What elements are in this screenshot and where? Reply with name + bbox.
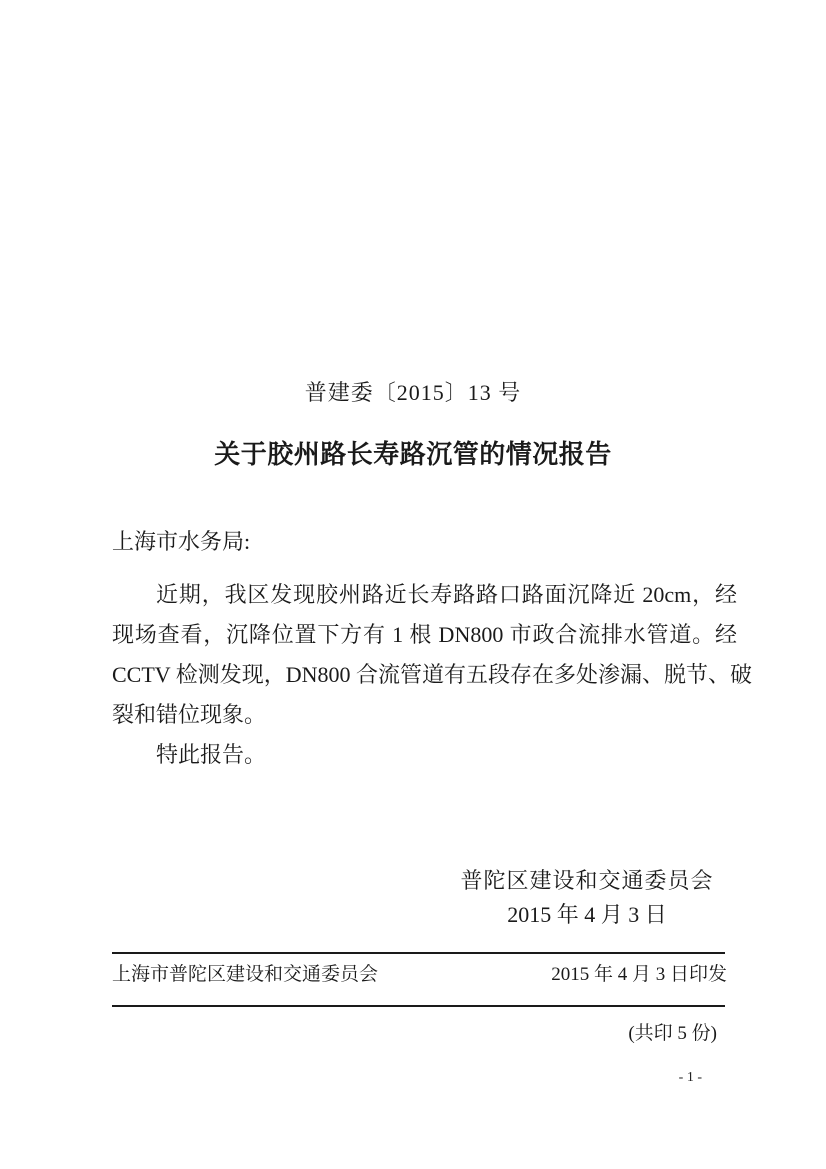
body-paragraph: 近期，我区发现胶州路近长寿路路口路面沉降近 20cm，经 现场查看，沉降位置下方… — [112, 575, 737, 775]
footer-divider-top — [112, 952, 725, 954]
body-line-1: 近期，我区发现胶州路近长寿路路口路面沉降近 20cm，经 — [112, 575, 737, 615]
body-line-4: 裂和错位现象。 — [112, 695, 737, 735]
official-document-page: 普建委〔2015〕13 号 关于胶州路长寿路沉管的情况报告 上海市水务局: 近期… — [0, 0, 826, 1169]
footer-issuance-row: 上海市普陀区建设和交通委员会 2015 年 4 月 3 日印发 — [112, 956, 727, 994]
addressee-salutation: 上海市水务局: — [112, 522, 737, 562]
footer-divider-bottom — [112, 1005, 725, 1007]
body-line-3: CCTV 检测发现，DN800 合流管道有五段存在多处渗漏、脱节、破 — [112, 655, 737, 695]
document-number: 普建委〔2015〕13 号 — [0, 373, 826, 413]
closing-statement: 特此报告。 — [112, 735, 737, 775]
body-line-2: 现场查看，沉降位置下方有 1 根 DN800 市政合流排水管道。经 — [112, 615, 737, 655]
signature-block: 普陀区建设和交通委员会 2015 年 4 月 3 日 — [427, 864, 747, 932]
page-number: - 1 - — [679, 1068, 702, 1088]
signature-organization: 普陀区建设和交通委员会 — [427, 864, 747, 898]
document-title: 关于胶州路长寿路沉管的情况报告 — [0, 437, 826, 473]
footer-print-date: 2015 年 4 月 3 日印发 — [551, 956, 727, 994]
copies-count: (共印 5 份) — [112, 1016, 717, 1052]
footer-issuer: 上海市普陀区建设和交通委员会 — [112, 956, 378, 994]
signature-date: 2015 年 4 月 3 日 — [427, 898, 747, 932]
